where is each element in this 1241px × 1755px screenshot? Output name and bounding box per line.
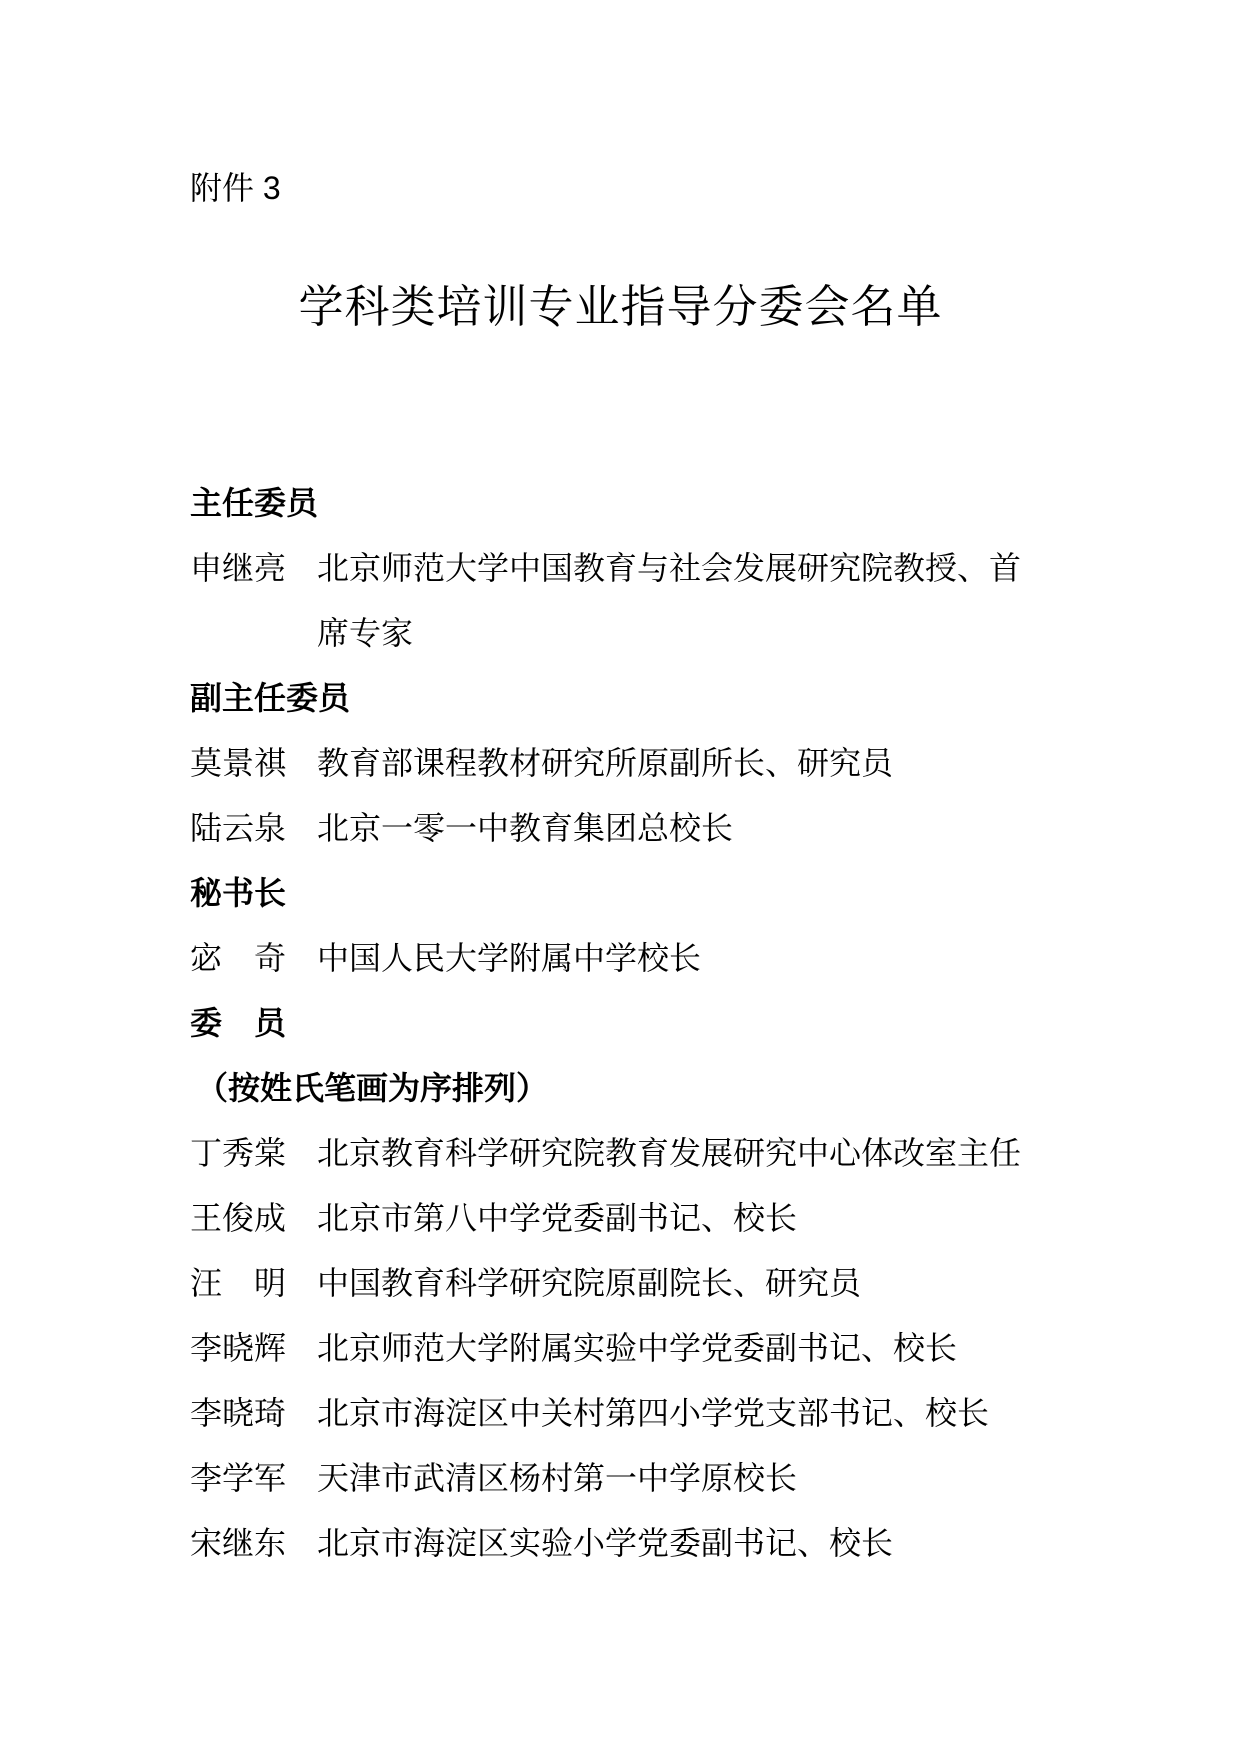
member-row: 李晓琦 北京市海淀区中关村第四小学党支部书记、校长 (0, 1381, 1241, 1446)
section-heading-vice-chair: 副主任委员 (0, 666, 1241, 731)
member-row: 宋继东 北京市海淀区实验小学党委副书记、校长 (0, 1511, 1241, 1576)
section-heading-members: 委 员 (0, 991, 1241, 1056)
member-description: 中国人民大学附属中学校长 (317, 926, 1029, 991)
member-description: 北京教育科学研究院教育发展研究中心体改室主任 (317, 1121, 1029, 1186)
committee-list: 主任委员 申继亮 北京师范大学中国教育与社会发展研究院教授、首席专家 副主任委员… (0, 471, 1241, 1576)
member-description: 北京市海淀区实验小学党委副书记、校长 (317, 1511, 1029, 1576)
section-heading-secretary-general: 秘书长 (0, 861, 1241, 926)
member-description: 北京一零一中教育集团总校长 (317, 796, 1029, 861)
member-name: 汪 明 (190, 1251, 290, 1316)
member-name: 申继亮 (190, 536, 290, 601)
member-description: 北京师范大学中国教育与社会发展研究院教授、首席专家 (317, 536, 1029, 666)
section-heading-chair: 主任委员 (0, 471, 1241, 536)
member-description: 天津市武清区杨村第一中学原校长 (317, 1446, 1029, 1511)
member-name: 宋继东 (190, 1511, 290, 1576)
document-page: 附件 3 学科类培训专业指导分委会名单 主任委员 申继亮 北京师范大学中国教育与… (0, 0, 1241, 1755)
member-row: 莫景祺 教育部课程教材研究所原副所长、研究员 (0, 731, 1241, 796)
member-name: 李学军 (190, 1446, 290, 1511)
member-description: 北京师范大学附属实验中学党委副书记、校长 (317, 1316, 1029, 1381)
member-row: 汪 明 中国教育科学研究院原副院长、研究员 (0, 1251, 1241, 1316)
member-description: 北京市海淀区中关村第四小学党支部书记、校长 (317, 1381, 1029, 1446)
member-name: 丁秀棠 (190, 1121, 290, 1186)
member-description: 教育部课程教材研究所原副所长、研究员 (317, 731, 1029, 796)
member-row: 李学军 天津市武清区杨村第一中学原校长 (0, 1446, 1241, 1511)
member-row: 陆云泉 北京一零一中教育集团总校长 (0, 796, 1241, 861)
member-description: 中国教育科学研究院原副院长、研究员 (317, 1251, 1029, 1316)
member-row: 丁秀棠 北京教育科学研究院教育发展研究中心体改室主任 (0, 1121, 1241, 1186)
member-name: 王俊成 (190, 1186, 290, 1251)
member-row: 申继亮 北京师范大学中国教育与社会发展研究院教授、首席专家 (0, 536, 1241, 666)
member-name: 李晓辉 (190, 1316, 290, 1381)
members-sort-note: （按姓氏笔画为序排列） (0, 1056, 1241, 1121)
member-description: 北京市第八中学党委副书记、校长 (317, 1186, 1029, 1251)
member-row: 宓 奇 中国人民大学附属中学校长 (0, 926, 1241, 991)
member-row: 李晓辉 北京师范大学附属实验中学党委副书记、校长 (0, 1316, 1241, 1381)
attachment-label: 附件 3 (0, 0, 1241, 211)
page-title: 学科类培训专业指导分委会名单 (0, 279, 1241, 335)
member-name: 宓 奇 (190, 926, 290, 991)
member-row: 王俊成 北京市第八中学党委副书记、校长 (0, 1186, 1241, 1251)
member-name: 陆云泉 (190, 796, 290, 861)
member-name: 李晓琦 (190, 1381, 290, 1446)
member-name: 莫景祺 (190, 731, 290, 796)
